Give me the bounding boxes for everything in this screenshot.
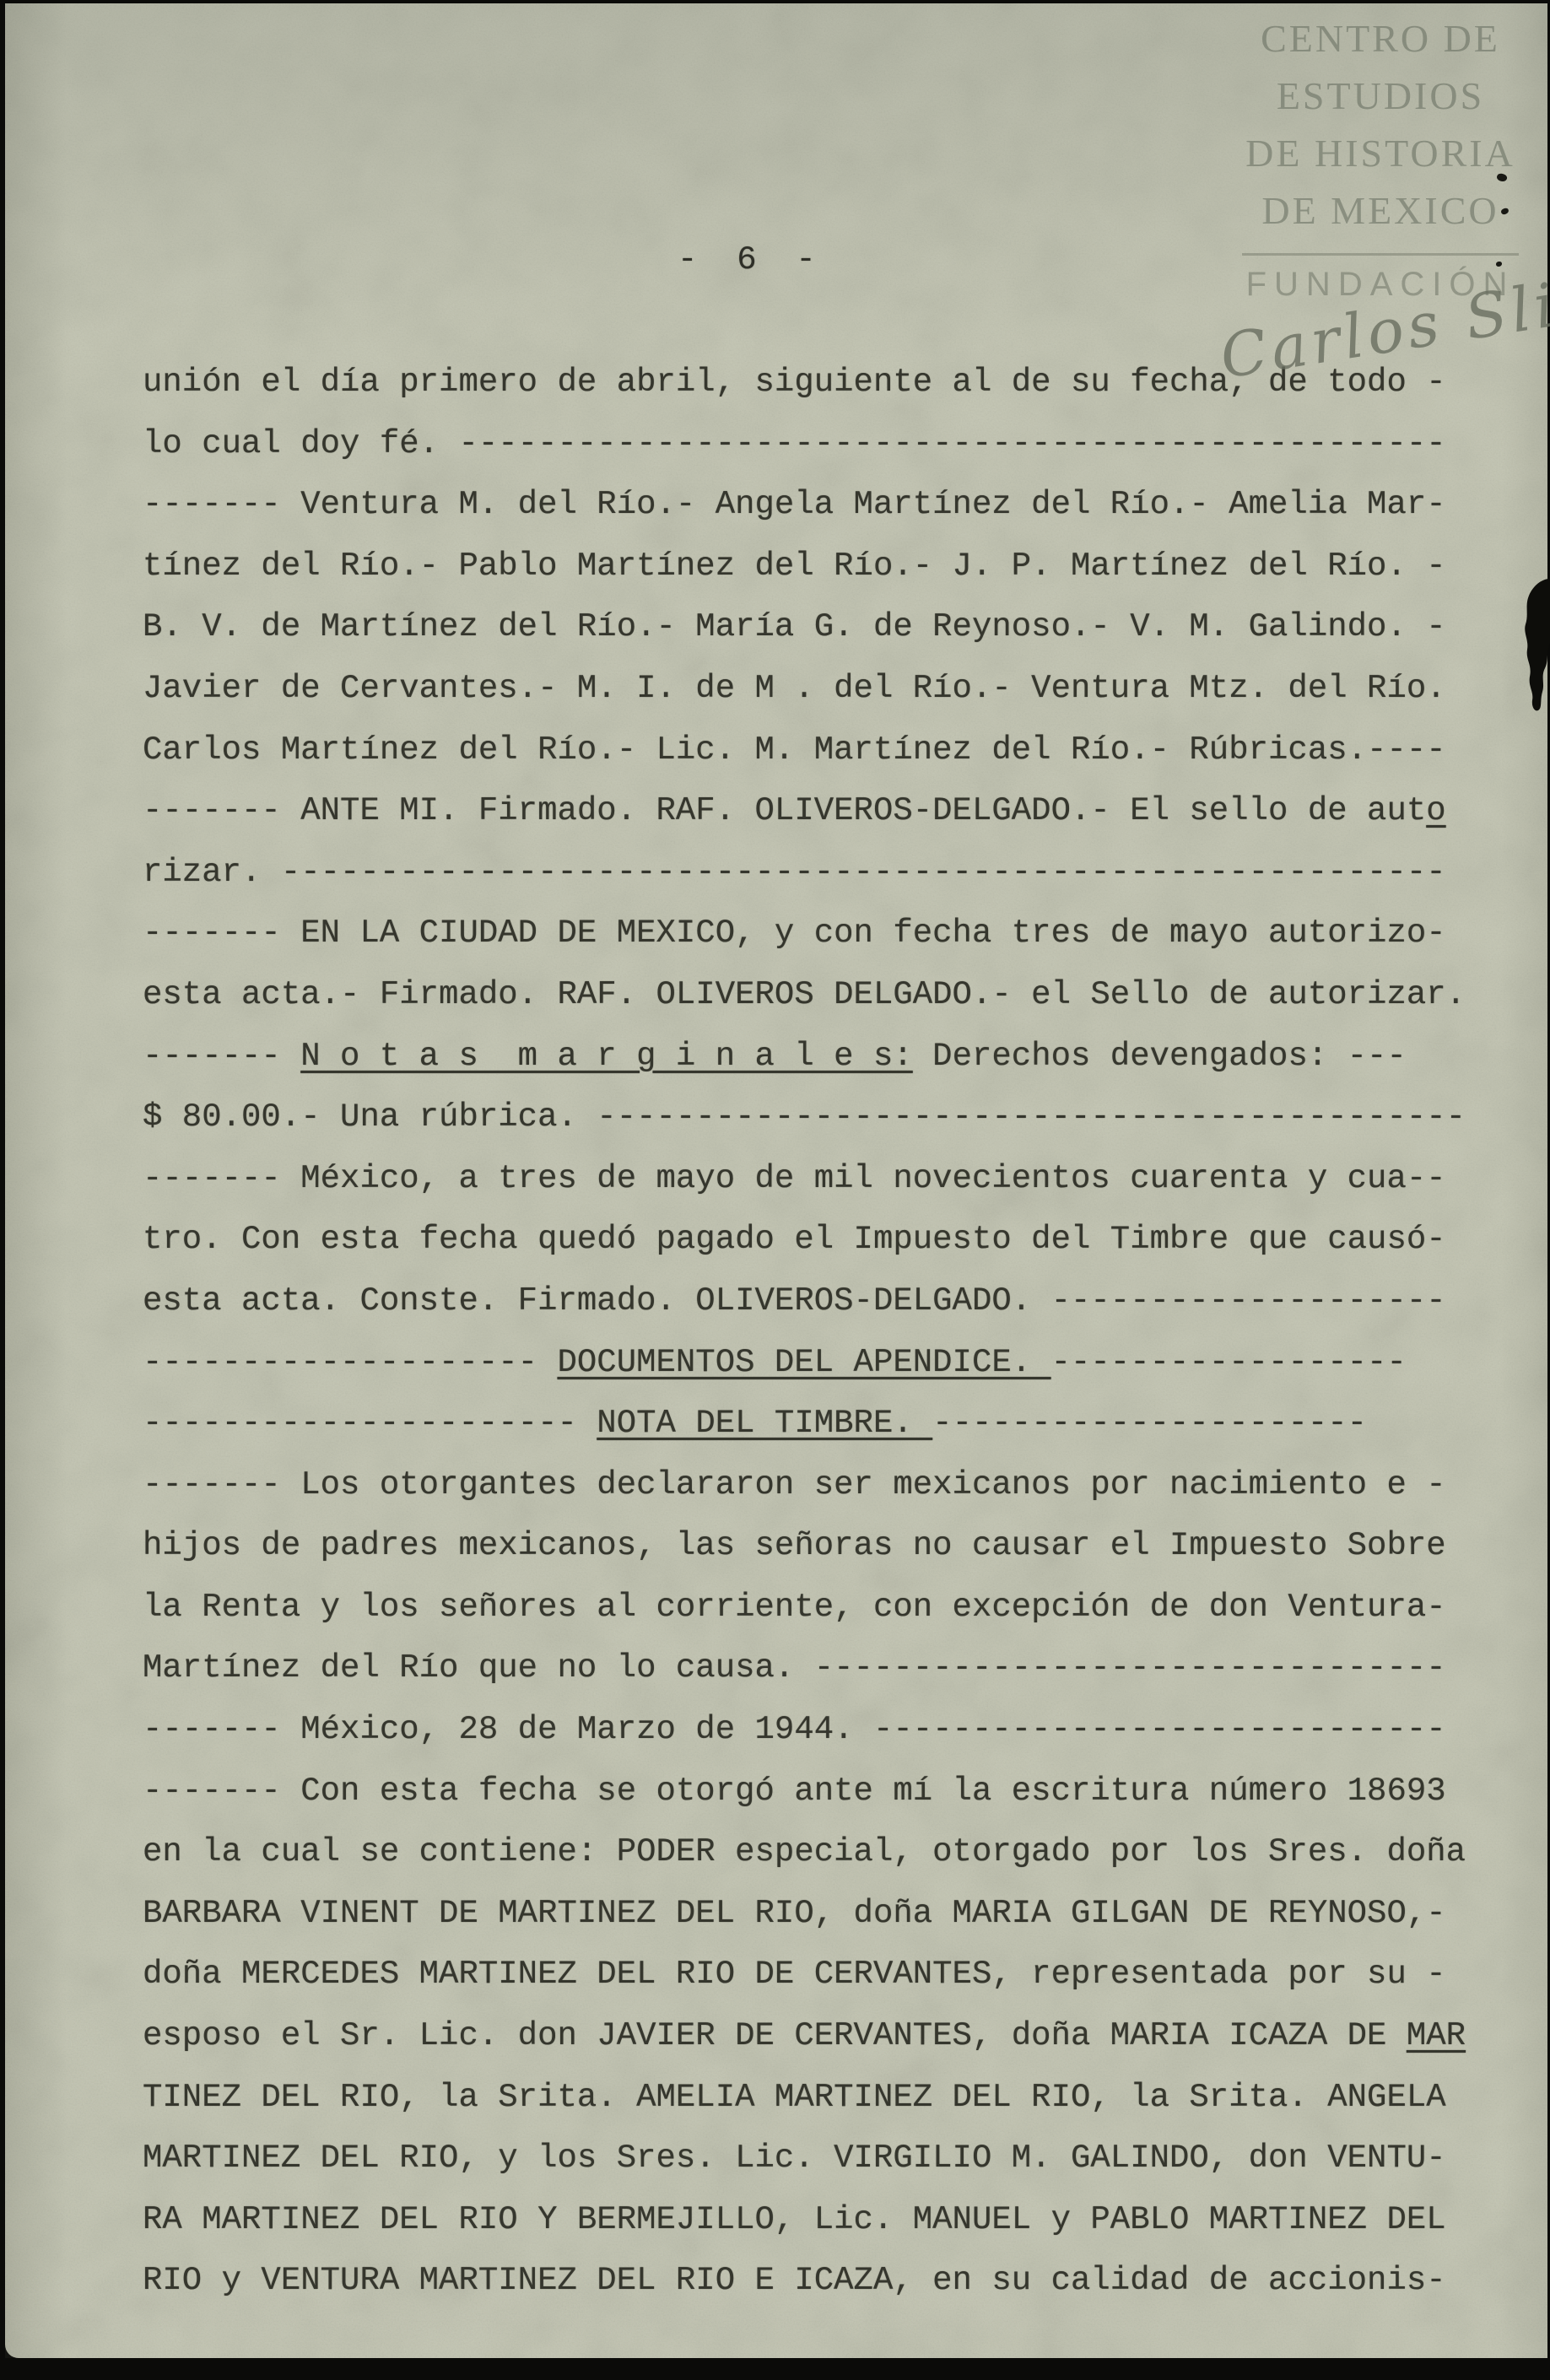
watermark-divider [1242,253,1519,256]
text-line: unión el día primero de abril, siguiente… [143,352,1466,413]
watermark-foundation-label: FUNDACIÓN [1235,266,1526,304]
text-line: BARBARA VINENT DE MARTINEZ DEL RIO, doña… [143,1883,1466,1945]
ink-blot [1510,577,1550,722]
text-line: esta acta.- Firmado. RAF. OLIVEROS DELGA… [143,964,1466,1026]
text-line: tínez del Río.- Pablo Martínez del Río.-… [143,536,1466,597]
text-line: ------- Los otorgantes declararon ser me… [143,1454,1466,1516]
text-line: ------- México, a tres de mayo de mil no… [143,1148,1466,1210]
text-line: ------- México, 28 de Marzo de 1944. ---… [143,1699,1466,1761]
text-line: hijos de padres mexicanos, las señoras n… [143,1515,1466,1577]
text-line: esposo el Sr. Lic. don JAVIER DE CERVANT… [143,2005,1466,2067]
page-number: - 6 - [678,241,816,278]
text-line: doña MERCEDES MARTINEZ DEL RIO DE CERVAN… [143,1944,1466,2005]
text-line: ------- ANTE MI. Firmado. RAF. OLIVEROS-… [143,780,1466,842]
archive-watermark: CENTRO DE ESTUDIOS DE HISTORIA DE MEXICO… [1235,10,1526,304]
text-line: $ 80.00.- Una rúbrica. -----------------… [143,1087,1466,1148]
text-line: ------- N o t a s m a r g i n a l e s: D… [143,1026,1466,1087]
text-line: ------- Con esta fecha se otorgó ante mí… [143,1761,1466,1822]
watermark-line: CENTRO DE [1235,10,1526,67]
text-line: lo cual doy fé. ------------------------… [143,413,1466,475]
document-text: unión el día primero de abril, siguiente… [143,352,1466,2312]
text-line: -------------------- DOCUMENTOS DEL APEN… [143,1332,1466,1394]
text-line: tro. Con esta fecha quedó pagado el Impu… [143,1209,1466,1271]
text-line: Martínez del Río que no lo causa. ------… [143,1638,1466,1699]
text-line: B. V. de Martínez del Río.- María G. de … [143,596,1466,658]
text-line: ---------------------- NOTA DEL TIMBRE. … [143,1393,1466,1454]
text-line: RIO y VENTURA MARTINEZ DEL RIO E ICAZA, … [143,2250,1466,2312]
text-line: Carlos Martínez del Río.- Lic. M. Martín… [143,720,1466,781]
ink-speck [1500,208,1509,215]
scanned-page: CENTRO DE ESTUDIOS DE HISTORIA DE MEXICO… [0,0,1550,2380]
text-line: ------- Ventura M. del Río.- Angela Mart… [143,474,1466,536]
text-line: la Renta y los señores al corriente, con… [143,1577,1466,1638]
text-line: RA MARTINEZ DEL RIO Y BERMEJILLO, Lic. M… [143,2189,1466,2251]
watermark-line: DE MEXICO [1235,182,1526,240]
watermark-line: ESTUDIOS [1235,67,1526,125]
text-line: TINEZ DEL RIO, la Srita. AMELIA MARTINEZ… [143,2067,1466,2129]
text-line: esta acta. Conste. Firmado. OLIVEROS-DEL… [143,1271,1466,1332]
text-line: en la cual se contiene: PODER especial, … [143,1821,1466,1883]
watermark-line: DE HISTORIA [1235,125,1526,182]
paper-sheet: CENTRO DE ESTUDIOS DE HISTORIA DE MEXICO… [5,3,1547,2358]
ink-speck [1496,172,1508,183]
text-line: Javier de Cervantes.- M. I. de M . del R… [143,658,1466,720]
ink-speck [1496,262,1502,267]
text-line: MARTINEZ DEL RIO, y los Sres. Lic. VIRGI… [143,2128,1466,2189]
text-line: rizar. ---------------------------------… [143,842,1466,904]
text-line: ------- EN LA CIUDAD DE MEXICO, y con fe… [143,903,1466,964]
